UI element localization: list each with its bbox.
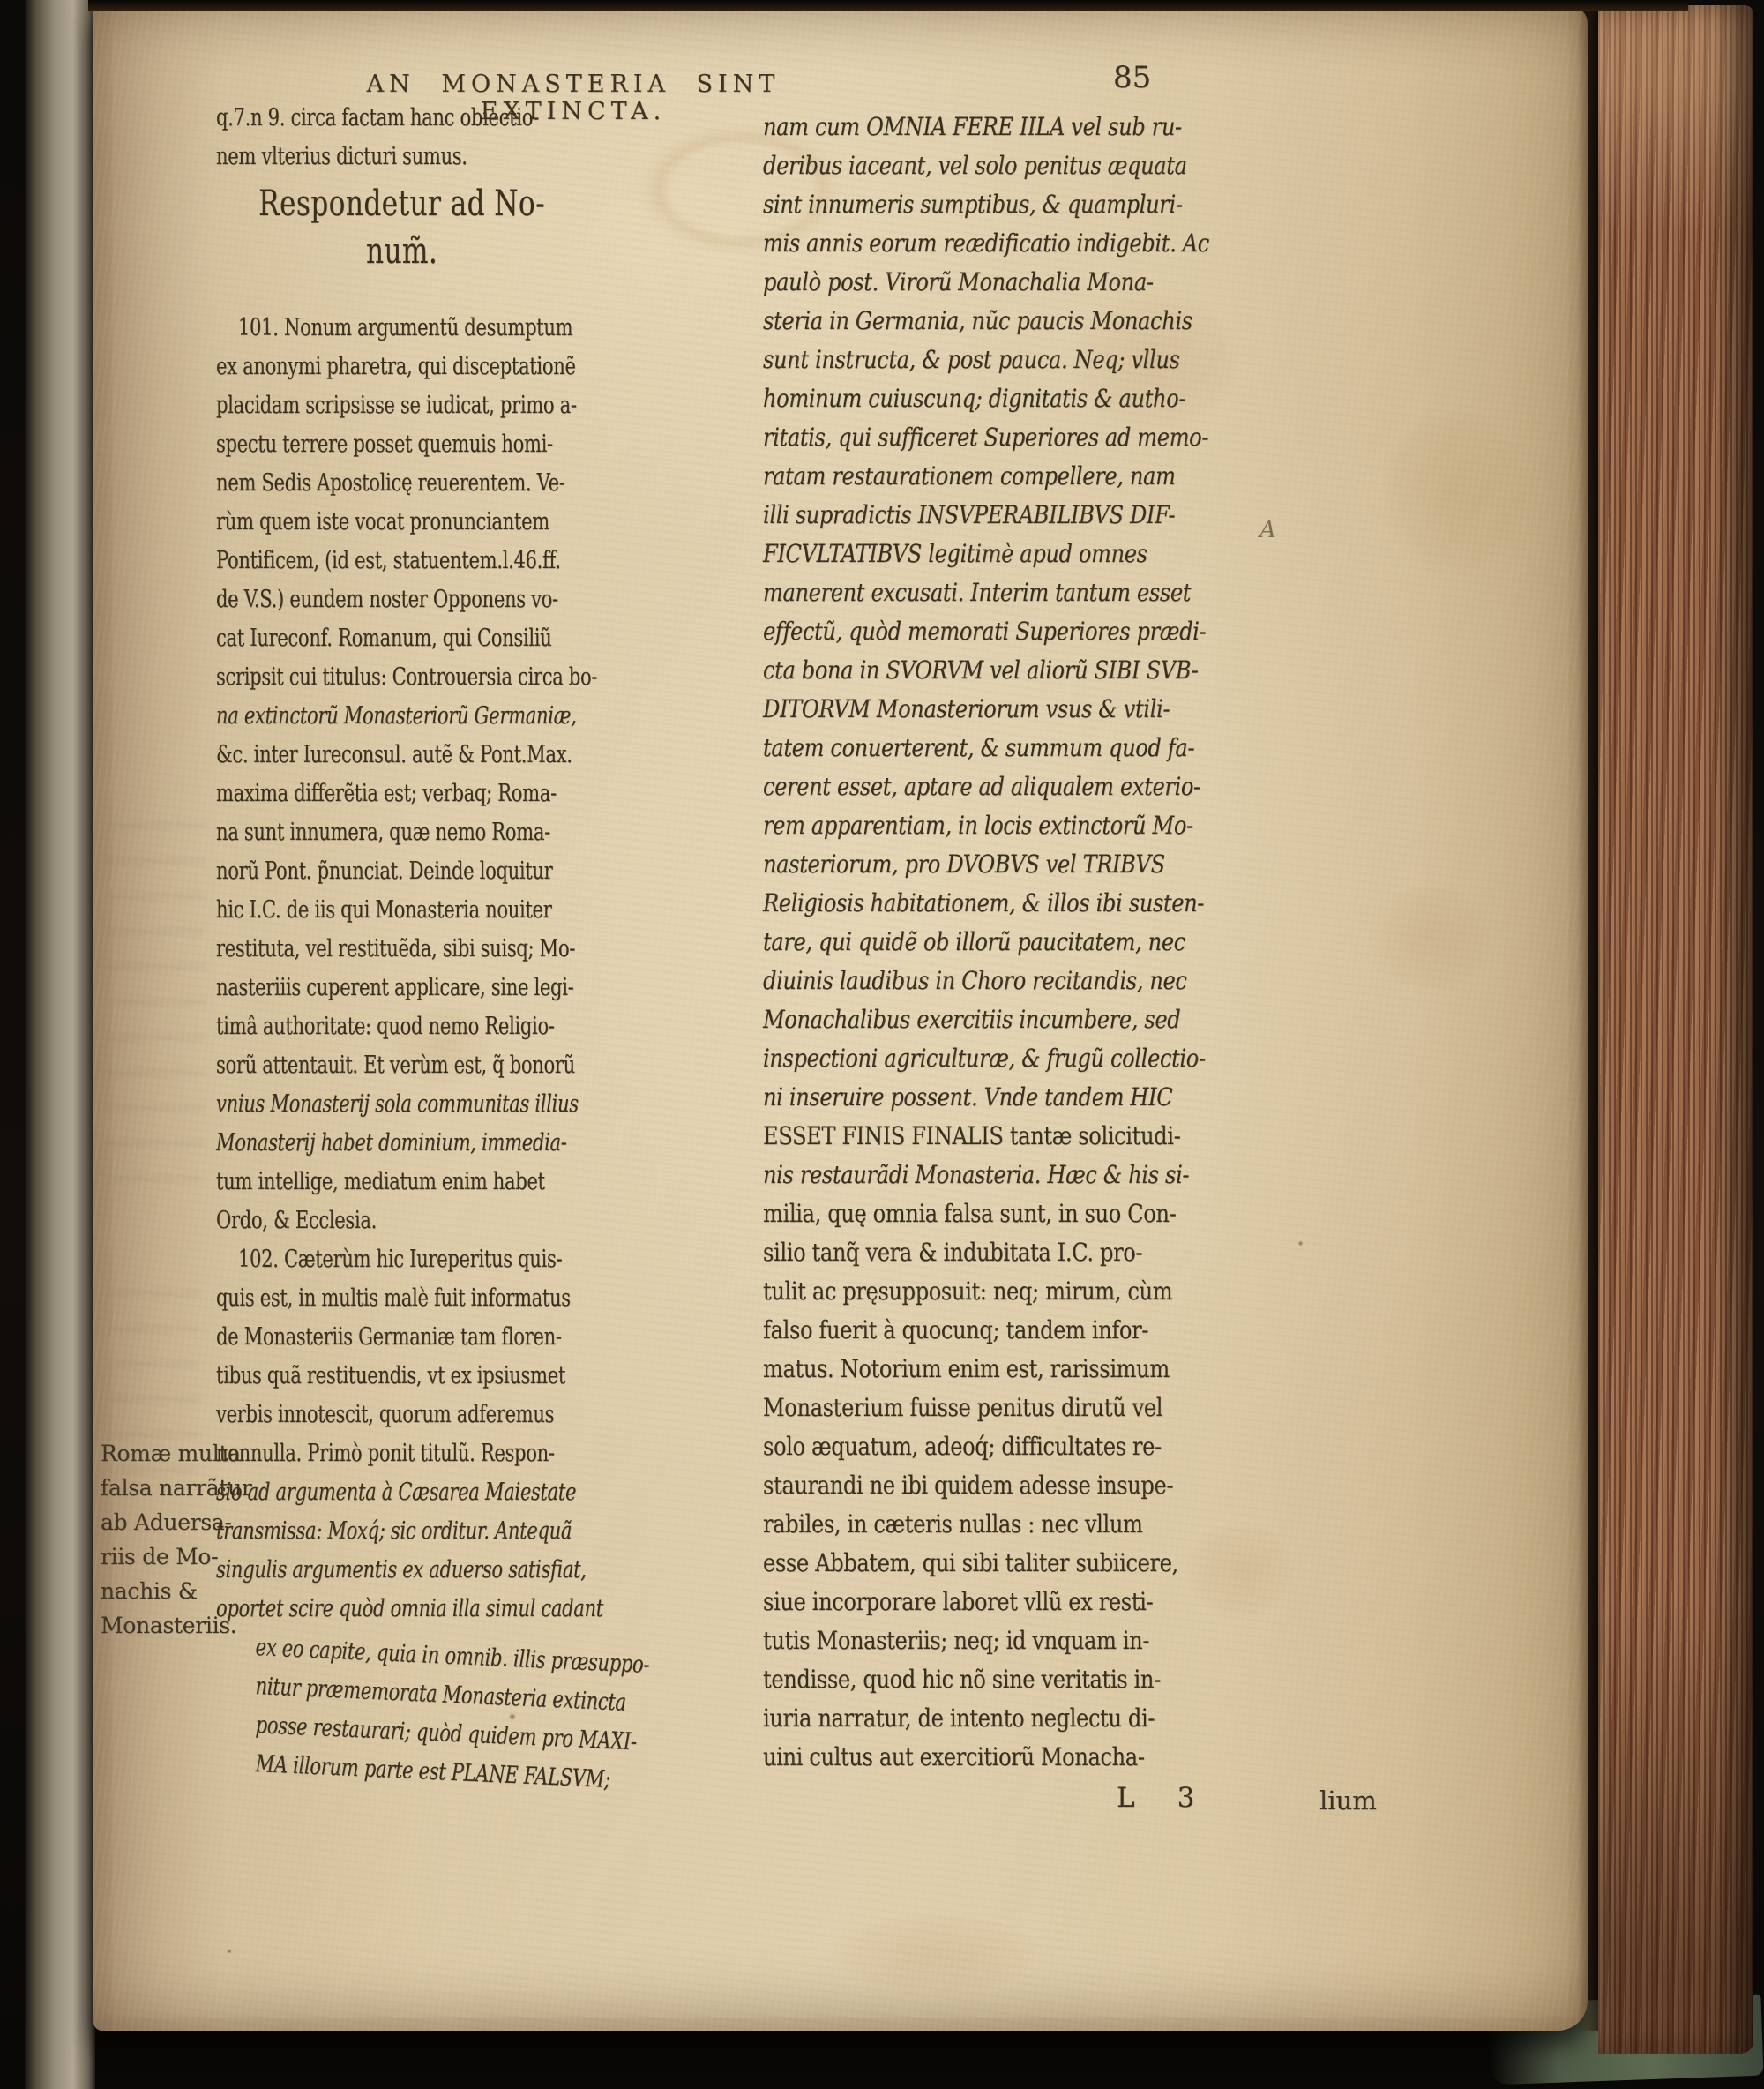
paper-speck	[1297, 1239, 1304, 1247]
margin-note: Romæ multafalsa narrãturab Aduersa-riis …	[101, 1436, 268, 1643]
left-column-line: hic I.C. de iis qui Monasteria nouiter	[216, 891, 587, 930]
left-column-line: de V.S.) eundem noster Opponens vo-	[216, 580, 587, 619]
left-column-line: quis est, in multis malè fuit informatus	[216, 1279, 587, 1318]
right-column-line: diuinis laudibus in Choro recitandis, ne…	[763, 962, 1248, 1000]
right-column-line: sunt instructa, & post pauca. Neq; vllus	[763, 341, 1248, 379]
right-column-line: tutis Monasteriis; neq; id vnquam in-	[763, 1621, 1248, 1660]
left-column-line: Monasterij habet dominium, immedia-	[216, 1124, 587, 1163]
left-column-line: 102. Cæterùm hic Iureperitus quis-	[216, 1240, 587, 1279]
left-column-line: nem vlterius dicturi sumus.	[216, 138, 587, 176]
left-column-line: nem Sedis Apostolicę reuerentem. Ve-	[216, 464, 587, 503]
left-column-line: &c. inter Iureconsul. autẽ & Pont.Max.	[216, 736, 587, 775]
left-column-line: placidam scripsisse se iudicat, primo a-	[216, 386, 587, 425]
right-column-line: uini cultus aut exercitiorũ Monacha-	[763, 1738, 1248, 1777]
right-column-line: sint innumeris sumptibus, & quampluri-	[763, 185, 1248, 224]
book-top-edge	[88, 0, 1688, 11]
left-column-line: cat Iureconf. Romanum, qui Consiliũ	[216, 619, 587, 658]
right-column-line: siue incorporare laboret vllũ ex resti-	[763, 1583, 1248, 1621]
right-column-line: DITORVM Monasteriorum vsus & vtili-	[763, 690, 1248, 729]
catchword: lium	[1319, 1786, 1377, 1816]
left-column-line: maxima differẽtia est; verbaq; Roma-	[216, 775, 587, 813]
left-column-line: de Monasteriis Germaniæ tam floren-	[216, 1318, 587, 1357]
right-column-line: effectũ, quòd memorati Superiores prædi-	[763, 612, 1248, 651]
right-column-line: falso fuerit à quocunq; tandem infor-	[763, 1311, 1248, 1350]
left-column-line: norũ Pont. p̃nunciat. Deinde loquitur	[216, 852, 587, 891]
right-column-line: Religiosis habitationem, & illos ibi sus…	[763, 884, 1248, 923]
left-column-line: sorũ attentauit. Et verùm est, q̃ bonorũ	[216, 1046, 587, 1085]
left-column-line: num̃.	[216, 231, 587, 281]
right-column-line: nam cum OMNIA FERE IILA vel sub ru-	[763, 108, 1248, 146]
right-column-line: Monachalibus exercitiis incumbere, sed	[763, 1000, 1248, 1039]
paper-speck	[226, 1948, 233, 1955]
paper-stain	[1355, 378, 1558, 607]
left-column-line: transmissa: Moxq́; sic orditur. Antequã	[216, 1512, 587, 1551]
right-column-line: rem apparentiam, in locis extinctorũ Mo-	[763, 806, 1248, 845]
right-column-line: iuria narratur, de intento neglectu di-	[763, 1699, 1248, 1738]
right-margin-mark: A	[1259, 517, 1276, 543]
right-column-line: tatem conuerterent, & summum quod fa-	[763, 729, 1248, 767]
right-column-line: ni inseruire possent. Vnde tandem HIC	[763, 1078, 1248, 1117]
left-column-line: vnius Monasterij sola communitas illius	[216, 1085, 587, 1124]
right-column-line: Monasterium fuisse penitus dirutũ vel	[763, 1389, 1248, 1427]
right-column-line: esse Abbatem, qui sibi taliter subiicere…	[763, 1544, 1248, 1583]
left-column-line: Respondetur ad No-	[216, 176, 587, 231]
left-column: q.7.n 9. circa factam hanc obiectio-nem …	[216, 99, 587, 1784]
left-column-line: na extinctorũ Monasteriorũ Germaniæ,	[216, 697, 587, 736]
left-column-line: spectu terrere posset quemuis homi-	[216, 425, 587, 464]
right-column-line: ESSET FINIS FINALIS tantæ solicitudi-	[763, 1117, 1248, 1156]
left-column-line: nasteriiis cuperent applicare, sine legi…	[216, 969, 587, 1007]
right-column: nam cum OMNIA FERE IILA vel sub ru-derib…	[763, 108, 1248, 1777]
right-column-line: tare, qui quidẽ ob illorũ paucitatem, ne…	[763, 923, 1248, 962]
left-column-line: restituta, vel restituẽda, sibi suisq; M…	[216, 930, 587, 969]
left-column-line: tibus quã restituendis, vt ex ipsiusmet	[216, 1357, 587, 1396]
ink-showthrough	[108, 801, 205, 1180]
left-column-line: na sunt innumera, quæ nemo Roma-	[216, 813, 587, 852]
book-page: AN MONASTERIA SINT EXTINCTA. 85 q.7.n 9.…	[93, 7, 1588, 2031]
right-column-line: hominum cuiuscunq; dignitatis & autho-	[763, 379, 1248, 418]
right-column-line: ritatis, qui sufficeret Superiores ad me…	[763, 418, 1248, 457]
right-column-line: matus. Notorium enim est, rarissimum	[763, 1350, 1248, 1389]
signature-mark: L 3	[1117, 1782, 1194, 1814]
left-column-line: nonnulla. Primò ponit titulũ. Respon-	[216, 1434, 587, 1473]
right-column-line: rabiles, in cæteris nullas : nec vllum	[763, 1505, 1248, 1544]
right-column-line: inspectioni agriculturæ, & frugũ collect…	[763, 1039, 1248, 1078]
left-column-line: rùm quem iste vocat pronunciantem	[216, 503, 587, 542]
right-column-line: steria in Germania, nũc paucis Monachis	[763, 302, 1248, 341]
right-column-line: solo æquatum, adeoq́; difficultates re-	[763, 1427, 1248, 1466]
left-column-line: tum intellige, mediatum enim habet	[216, 1163, 587, 1202]
left-column-line: Ordo, & Ecclesia.	[216, 1202, 587, 1240]
margin-note-line: ab Aduersa-	[101, 1505, 268, 1539]
right-column-line: tulit ac pręsupposuit: neq; mirum, cùm	[763, 1272, 1248, 1311]
margin-note-line: Monasteriis.	[101, 1608, 268, 1643]
right-column-line: paulò post. Virorũ Monachalia Mona-	[763, 263, 1248, 302]
right-column-line: FICVLTATIBVS legitimè apud omnes	[763, 535, 1248, 573]
left-column-line: Pontificem, (id est, statuentem.l.46.ff.	[216, 542, 587, 580]
left-column-line: sio ad argumenta à Cæsarea Maiestate	[216, 1473, 587, 1512]
signature-number: 3	[1177, 1782, 1195, 1814]
right-column-line: cta bona in SVORVM vel aliorũ SIBI SVB-	[763, 651, 1248, 690]
right-column-line: manerent excusati. Interim tantum esset	[763, 573, 1248, 612]
left-column-line: verbis innotescit, quorum adferemus	[216, 1396, 587, 1434]
left-column-line: ex anonymi pharetra, qui disceptationẽ	[216, 348, 587, 386]
margin-note-line: falsa narrãtur	[101, 1471, 268, 1505]
right-column-line: mis annis eorum reædificatio indigebit. …	[763, 224, 1248, 263]
left-column-line: timâ authoritate: quod nemo Religio-	[216, 1007, 587, 1046]
left-column-line: singulis argumentis ex aduerso satisfiat…	[216, 1551, 587, 1590]
right-column-line: illi supradictis INSVPERABILIBVS DIF-	[763, 496, 1248, 535]
right-column-line: milia, quę omnia falsa sunt, in suo Con-	[763, 1194, 1248, 1233]
right-column-line: nis restaurãdi Monasteria. Hæc & his si-	[763, 1156, 1248, 1194]
right-column-line: nasteriorum, pro DVOBVS vel TRIBVS	[763, 845, 1248, 884]
paper-stain	[1346, 863, 1514, 1013]
book-scan: AN MONASTERIA SINT EXTINCTA. 85 q.7.n 9.…	[0, 0, 1764, 2089]
left-column-line: scripsit cui titulus: Controuersia circa…	[216, 658, 587, 697]
margin-note-line: nachis &	[101, 1574, 268, 1608]
paper-stain	[794, 1897, 1076, 2011]
right-column-line: silio tanq̃ vera & indubitata I.C. pro-	[763, 1233, 1248, 1272]
left-column-line: oportet scire quòd omnia illa simul cada…	[216, 1590, 587, 1629]
book-fore-edge	[1598, 5, 1753, 2054]
signature-letter: L	[1117, 1782, 1135, 1814]
right-column-line: cerent esset, aptare ad aliqualem exteri…	[763, 767, 1248, 806]
right-column-line: ratam restaurationem compellere, nam	[763, 457, 1248, 496]
book-gutter	[25, 0, 95, 2089]
page-number: 85	[1113, 60, 1151, 95]
left-column-line: q.7.n 9. circa factam hanc obiectio-	[216, 99, 587, 138]
right-column-line: staurandi ne ibi quidem adesse insupe-	[763, 1466, 1248, 1505]
left-column-line: 101. Nonum argumentũ desumptum	[216, 309, 587, 348]
right-column-line: deribus iaceant, vel solo penitus æquata	[763, 146, 1248, 185]
right-column-line: tendisse, quod hic nõ sine veritatis in-	[763, 1660, 1248, 1699]
margin-note-line: riis de Mo-	[101, 1539, 268, 1574]
margin-note-line: Romæ multa	[101, 1436, 268, 1471]
